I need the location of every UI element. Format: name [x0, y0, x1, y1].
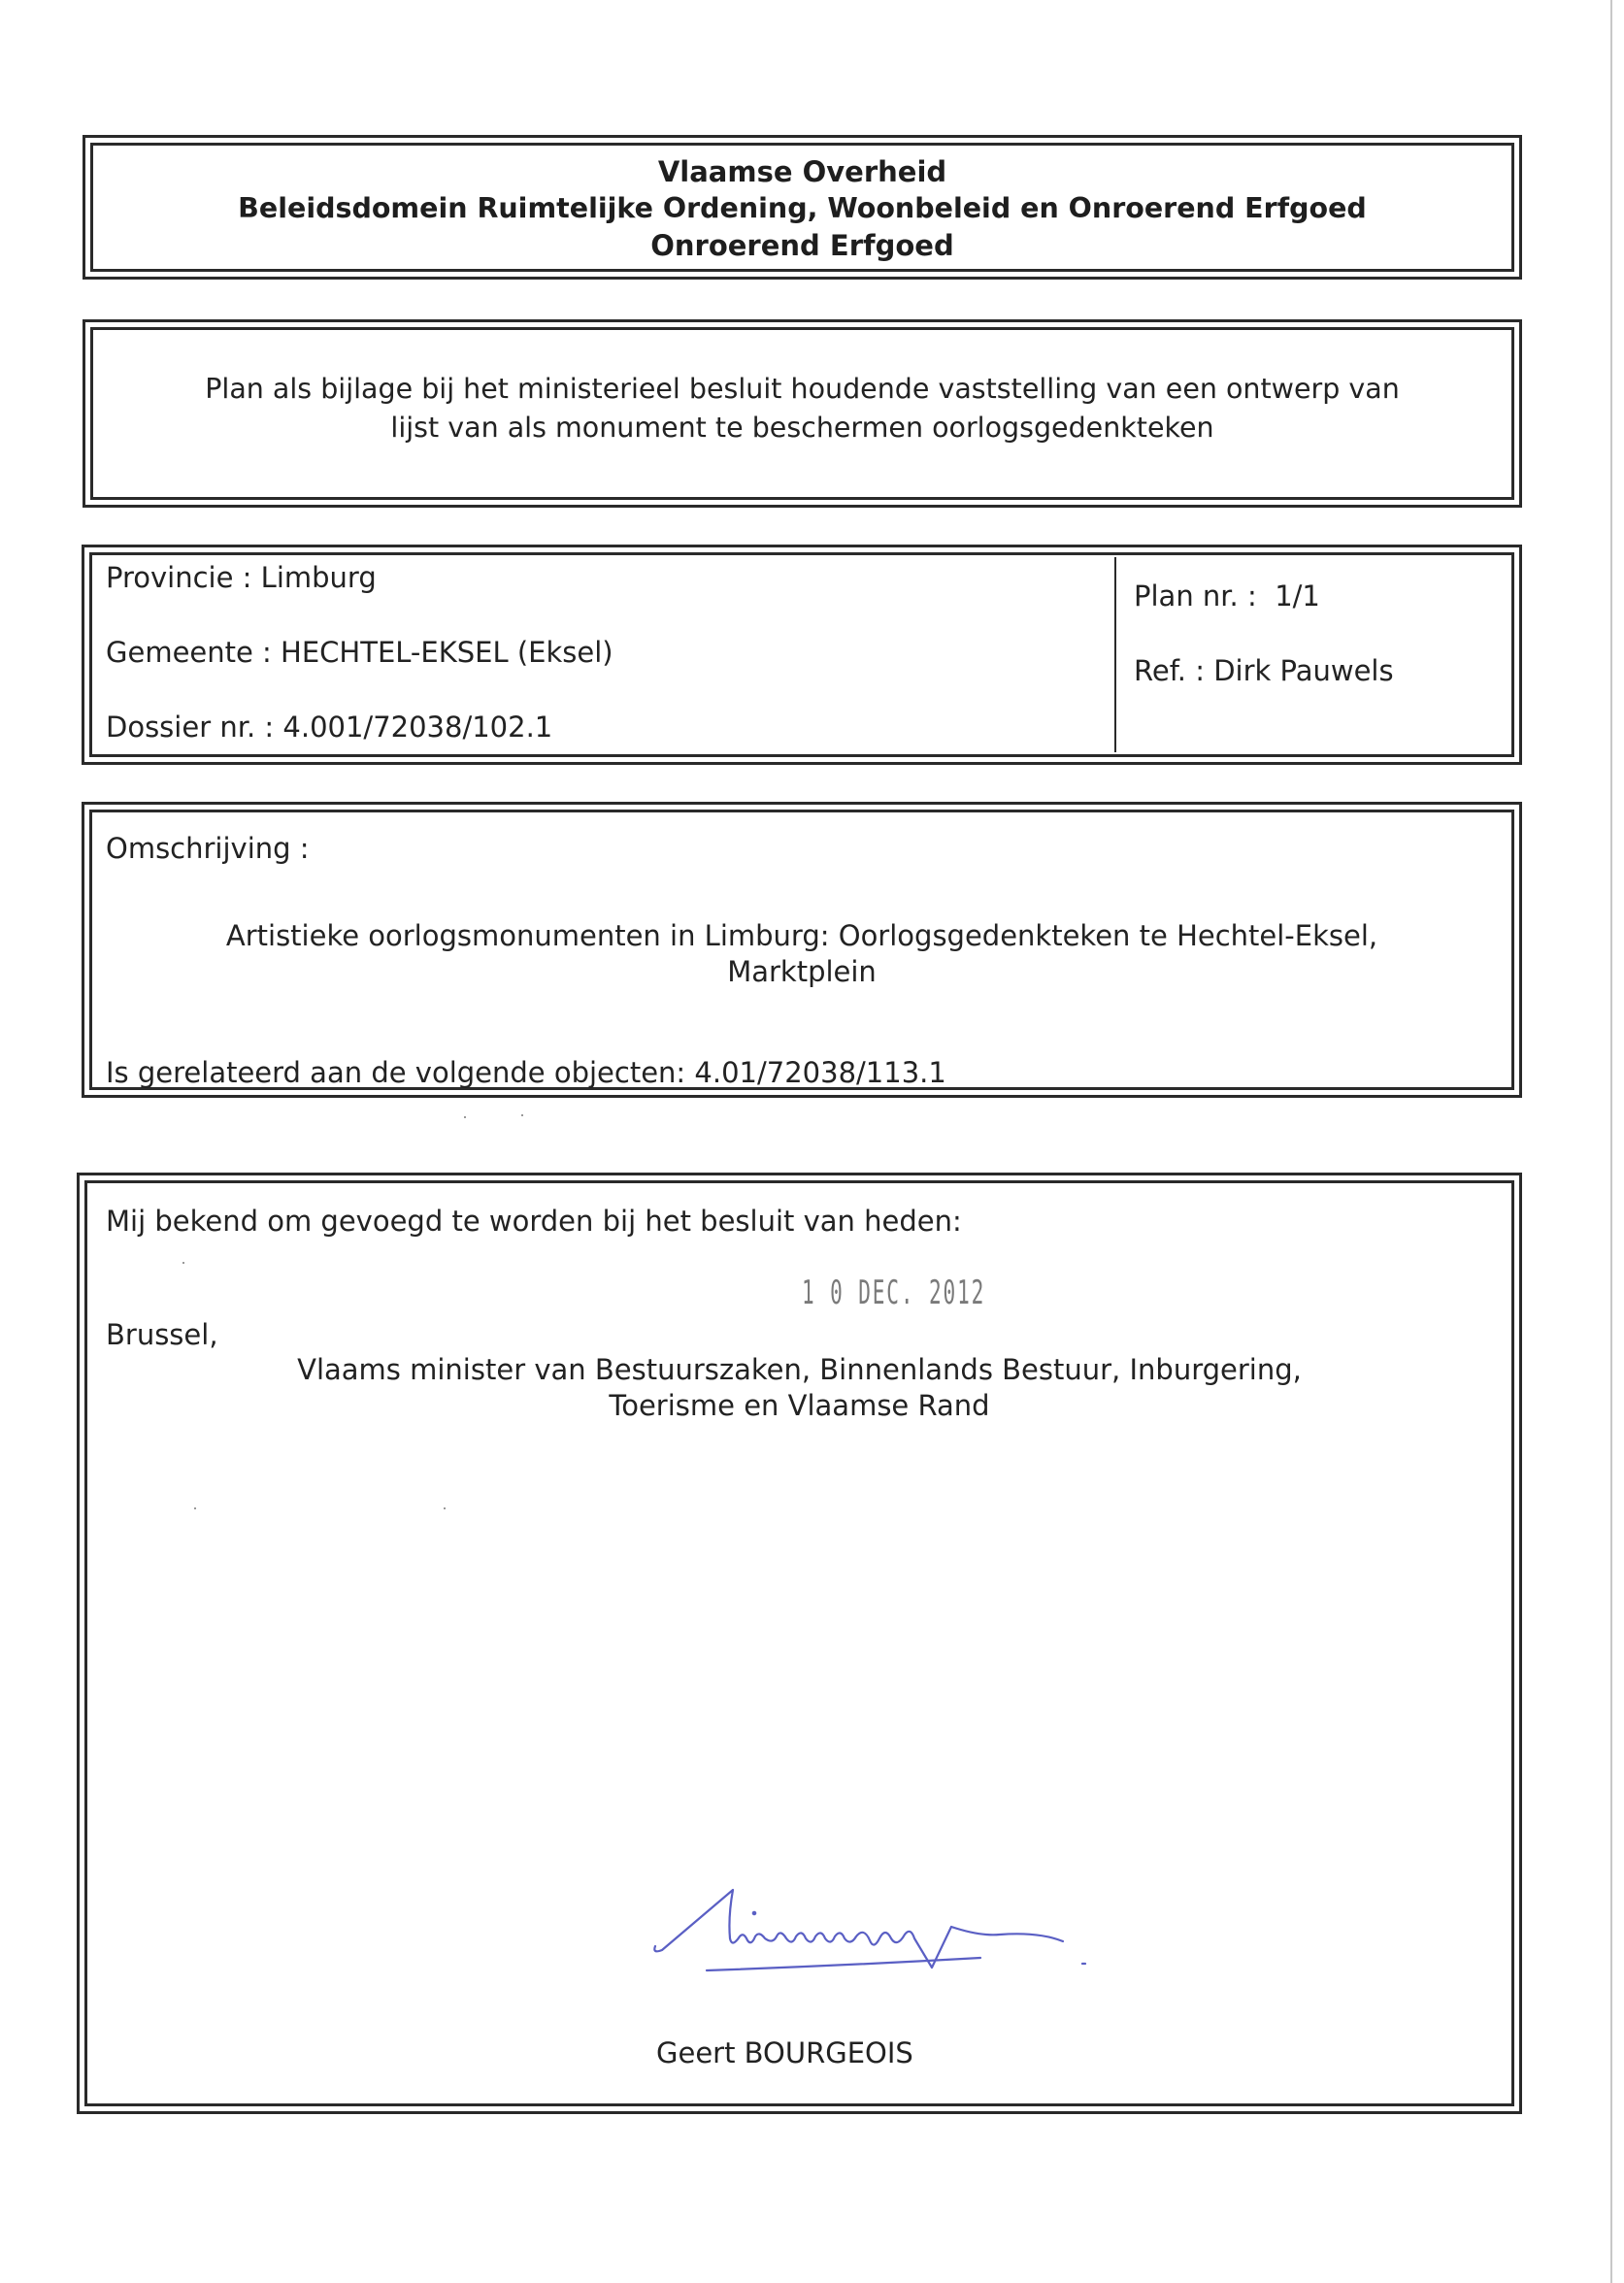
scan-speck — [464, 1116, 466, 1118]
page-edge — [1610, 0, 1612, 2283]
signatory-name: Geert BOURGEOIS — [656, 2039, 913, 2068]
header-line-3: Onroerend Erfgoed — [85, 232, 1519, 260]
provincie-field: Provincie : Limburg — [106, 564, 377, 592]
signature-icon — [650, 1878, 1097, 1985]
minister-title-line-2: Toerisme en Vlaamse Rand — [80, 1392, 1519, 1420]
plan-description-box: Plan als bijlage bij het ministerieel be… — [83, 319, 1522, 508]
omschrijving-line-2: Marktplein — [84, 958, 1519, 986]
ref-field: Ref. : Dirk Pauwels — [1134, 657, 1394, 685]
plan-description-line-2: lijst van als monument te beschermen oor… — [85, 414, 1519, 443]
gemeente-field: Gemeente : HECHTEL-EKSEL (Eksel) — [106, 639, 613, 667]
place-label: Brussel, — [106, 1321, 218, 1349]
info-box-divider — [1114, 557, 1116, 752]
dossier-field: Dossier nr. : 4.001/72038/102.1 — [106, 713, 552, 742]
scan-speck — [444, 1507, 446, 1509]
header-line-2: Beleidsdomein Ruimtelijke Ordening, Woon… — [85, 195, 1519, 223]
date-stamp: 1 0 DEC. 2012 — [802, 1274, 985, 1312]
omschrijving-label: Omschrijving : — [106, 835, 310, 863]
omschrijving-line-1: Artistieke oorlogsmonumenten in Limburg:… — [84, 922, 1519, 950]
omschrijving-box: Omschrijving : Artistieke oorlogsmonumen… — [82, 802, 1522, 1098]
header-line-1: Vlaamse Overheid — [85, 158, 1519, 186]
header-box: Vlaamse Overheid Beleidsdomein Ruimtelij… — [83, 135, 1522, 280]
signature-intro: Mij bekend om gevoegd te worden bij het … — [106, 1208, 962, 1236]
plan-description-line-1: Plan als bijlage bij het ministerieel be… — [85, 376, 1519, 404]
info-box: Provincie : Limburg Gemeente : HECHTEL-E… — [82, 545, 1522, 765]
scan-speck — [182, 1262, 184, 1264]
plan-nr-field: Plan nr. : 1/1 — [1134, 582, 1320, 611]
scan-speck — [521, 1114, 523, 1116]
scan-speck — [194, 1507, 196, 1509]
related-objects: Is gerelateerd aan de volgende objecten:… — [106, 1059, 946, 1087]
minister-title-line-1: Vlaams minister van Bestuurszaken, Binne… — [80, 1356, 1519, 1384]
